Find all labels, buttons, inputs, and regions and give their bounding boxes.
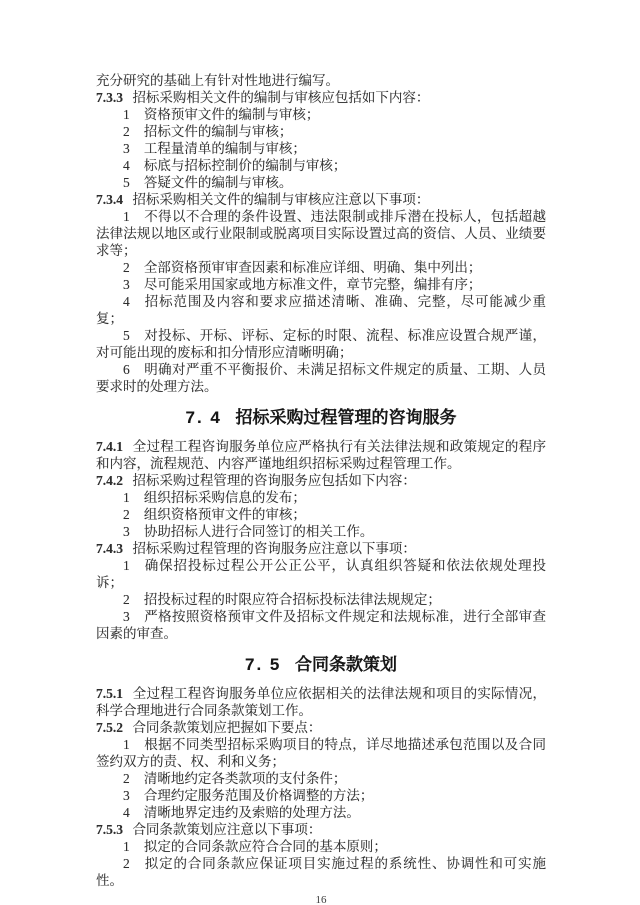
paragraph-text: 协助招标人进行合同签订的相关工作。 <box>144 524 374 539</box>
list-item: 6明确对严重不平衡报价、未满足招标文件规定的质量、工期、人员要求时的处理方法。 <box>96 361 546 395</box>
paragraph-text: 招标采购过程管理的咨询服务应包括如下内容： <box>132 473 416 488</box>
clause-number: 7.5.3 <box>96 822 123 837</box>
paragraph-text: 组织资格预审文件的审核； <box>144 507 306 522</box>
paragraph-text: 招标范围及内容和要求应描述清晰、准确、完整，尽可能减少重复； <box>96 294 546 326</box>
clause-number: 7.4.3 <box>96 541 123 556</box>
item-number: 3 <box>123 141 130 156</box>
item-number: 4 <box>123 805 130 820</box>
clause-paragraph: 7.5.3合同条款策划应注意以下事项： <box>96 821 546 838</box>
section-heading: 7. 5合同条款策划 <box>96 655 546 675</box>
section-title: 招标采购过程管理的咨询服务 <box>235 408 456 427</box>
item-number: 1 <box>123 558 130 573</box>
item-number: 5 <box>123 328 130 343</box>
clause-paragraph: 7.4.2招标采购过程管理的咨询服务应包括如下内容： <box>96 472 546 489</box>
list-item: 3合理约定服务范围及价格调整的方法； <box>96 787 546 804</box>
item-number: 2 <box>123 771 130 786</box>
clause-number: 7.3.3 <box>96 90 123 105</box>
paragraph-text: 工程量清单的编制与审核； <box>144 141 306 156</box>
paragraph-text: 全过程工程咨询服务单位应依据相关的法律法规和项目的实际情况，科学合理地进行合同条… <box>96 686 546 718</box>
list-item: 2拟定的合同条款应保证项目实施过程的系统性、协调性和可实施性。 <box>96 855 546 889</box>
list-item: 2招投标过程的时限应符合招标投标法律法规规定； <box>96 591 546 608</box>
list-item: 3尽可能采用国家或地方标准文件，章节完整，编排有序； <box>96 276 546 293</box>
list-item: 1确保招投标过程公开公正公平，认真组织答疑和依法依规处理投诉； <box>96 557 546 591</box>
list-item: 5答疑文件的编制与审核。 <box>96 174 546 191</box>
paragraph-text: 招标采购相关文件的编制与审核应注意以下事项： <box>132 192 429 207</box>
item-number: 2 <box>123 592 130 607</box>
item-number: 3 <box>123 277 130 292</box>
paragraph-text: 招标采购相关文件的编制与审核应包括如下内容： <box>132 90 429 105</box>
paragraph-text: 标底与招标控制价的编制与审核； <box>144 158 347 173</box>
list-item: 1根据不同类型招标采购项目的特点，详尽地描述承包范围以及合同签约双方的责、权、利… <box>96 736 546 770</box>
paragraph-text: 合理约定服务范围及价格调整的方法； <box>144 788 374 803</box>
paragraph-text: 尽可能采用国家或地方标准文件，章节完整，编排有序； <box>144 277 482 292</box>
paragraph-text: 招投标过程的时限应符合招标投标法律法规规定； <box>144 592 441 607</box>
paragraph-text: 清晰地约定各类款项的支付条件； <box>144 771 347 786</box>
clause-paragraph: 7.4.1全过程工程咨询服务单位应严格执行有关法律法规和政策规定的程序和内容，流… <box>96 438 546 472</box>
item-number: 4 <box>123 158 130 173</box>
list-item: 3工程量清单的编制与审核； <box>96 140 546 157</box>
paragraph-text: 根据不同类型招标采购项目的特点，详尽地描述承包范围以及合同签约双方的责、权、利和… <box>96 737 546 769</box>
section-number: 7. 5 <box>245 655 281 674</box>
list-item: 1组织招标采购信息的发布； <box>96 489 546 506</box>
list-item: 1拟定的合同条款应符合合同的基本原则； <box>96 838 546 855</box>
paragraph-text: 招标文件的编制与审核； <box>144 124 293 139</box>
clause-paragraph: 7.5.1全过程工程咨询服务单位应依据相关的法律法规和项目的实际情况，科学合理地… <box>96 685 546 719</box>
item-number: 4 <box>123 294 130 309</box>
paragraph-text: 合同条款策划应把握如下要点： <box>132 720 321 735</box>
list-item: 3协助招标人进行合同签订的相关工作。 <box>96 523 546 540</box>
paragraph: 充分研究的基础上有针对性地进行编写。 <box>96 72 546 89</box>
item-number: 2 <box>123 260 130 275</box>
paragraph-text: 明确对严重不平衡报价、未满足招标文件规定的质量、工期、人员要求时的处理方法。 <box>96 362 546 394</box>
list-item: 2招标文件的编制与审核； <box>96 123 546 140</box>
paragraph-text: 严格按照资格预审文件及招标文件规定和法规标准，进行全部审查因素的审查。 <box>96 609 546 641</box>
clause-number: 7.4.1 <box>96 439 123 454</box>
paragraph-text: 对投标、开标、评标、定标的时限、流程、标准应设置合规严谨，对可能出现的废标和扣分… <box>96 328 546 360</box>
clause-number: 7.5.2 <box>96 720 123 735</box>
list-item: 2组织资格预审文件的审核； <box>96 506 546 523</box>
clause-paragraph: 7.5.2合同条款策划应把握如下要点： <box>96 719 546 736</box>
paragraph-text: 清晰地界定违约及索赔的处理方法。 <box>144 805 360 820</box>
item-number: 1 <box>123 490 130 505</box>
paragraph-text: 拟定的合同条款应符合合同的基本原则； <box>144 839 387 854</box>
item-number: 5 <box>123 175 130 190</box>
paragraph-text: 拟定的合同条款应保证项目实施过程的系统性、协调性和可实施性。 <box>96 856 546 888</box>
item-number: 1 <box>123 737 130 752</box>
list-item: 3严格按照资格预审文件及招标文件规定和法规标准，进行全部审查因素的审查。 <box>96 608 546 642</box>
list-item: 4标底与招标控制价的编制与审核； <box>96 157 546 174</box>
clause-paragraph: 7.4.3招标采购过程管理的咨询服务应注意以下事项： <box>96 540 546 557</box>
list-item: 4清晰地界定违约及索赔的处理方法。 <box>96 804 546 821</box>
clause-number: 7.5.1 <box>96 686 123 701</box>
item-number: 3 <box>123 524 130 539</box>
paragraph-text: 资格预审文件的编制与审核； <box>144 107 320 122</box>
item-number: 2 <box>123 856 130 871</box>
item-number: 6 <box>123 362 130 377</box>
page-number: 16 <box>96 894 546 905</box>
document-body: 充分研究的基础上有针对性地进行编写。7.3.3招标采购相关文件的编制与审核应包括… <box>96 72 546 889</box>
paragraph-text: 充分研究的基础上有针对性地进行编写。 <box>96 73 339 88</box>
clause-paragraph: 7.3.4招标采购相关文件的编制与审核应注意以下事项： <box>96 191 546 208</box>
list-item: 2清晰地约定各类款项的支付条件； <box>96 770 546 787</box>
item-number: 1 <box>123 209 130 224</box>
paragraph-text: 不得以不合理的条件设置、违法限制或排斥潜在投标人，包括超越法律法规以地区或行业限… <box>96 209 546 258</box>
document-page: 充分研究的基础上有针对性地进行编写。7.3.3招标采购相关文件的编制与审核应包括… <box>0 0 640 905</box>
item-number: 2 <box>123 507 130 522</box>
item-number: 1 <box>123 839 130 854</box>
list-item: 5对投标、开标、评标、定标的时限、流程、标准应设置合规严谨，对可能出现的废标和扣… <box>96 327 546 361</box>
section-title: 合同条款策划 <box>295 655 397 674</box>
clause-number: 7.3.4 <box>96 192 123 207</box>
paragraph-text: 招标采购过程管理的咨询服务应注意以下事项： <box>132 541 416 556</box>
paragraph-text: 答疑文件的编制与审核。 <box>144 175 293 190</box>
paragraph-text: 确保招投标过程公开公正公平，认真组织答疑和依法依规处理投诉； <box>96 558 546 590</box>
section-number: 7. 4 <box>186 408 222 427</box>
item-number: 1 <box>123 107 130 122</box>
section-heading: 7. 4招标采购过程管理的咨询服务 <box>96 408 546 428</box>
item-number: 3 <box>123 788 130 803</box>
paragraph-text: 全部资格预审审查因素和标准应详细、明确、集中列出； <box>144 260 482 275</box>
item-number: 3 <box>123 609 130 624</box>
clause-paragraph: 7.3.3招标采购相关文件的编制与审核应包括如下内容： <box>96 89 546 106</box>
list-item: 1不得以不合理的条件设置、违法限制或排斥潜在投标人，包括超越法律法规以地区或行业… <box>96 208 546 259</box>
paragraph-text: 全过程工程咨询服务单位应严格执行有关法律法规和政策规定的程序和内容，流程规范、内… <box>96 439 546 471</box>
paragraph-text: 组织招标采购信息的发布； <box>144 490 306 505</box>
paragraph-text: 合同条款策划应注意以下事项： <box>132 822 321 837</box>
clause-number: 7.4.2 <box>96 473 123 488</box>
list-item: 4招标范围及内容和要求应描述清晰、准确、完整，尽可能减少重复； <box>96 293 546 327</box>
list-item: 2全部资格预审审查因素和标准应详细、明确、集中列出； <box>96 259 546 276</box>
item-number: 2 <box>123 124 130 139</box>
list-item: 1资格预审文件的编制与审核； <box>96 106 546 123</box>
